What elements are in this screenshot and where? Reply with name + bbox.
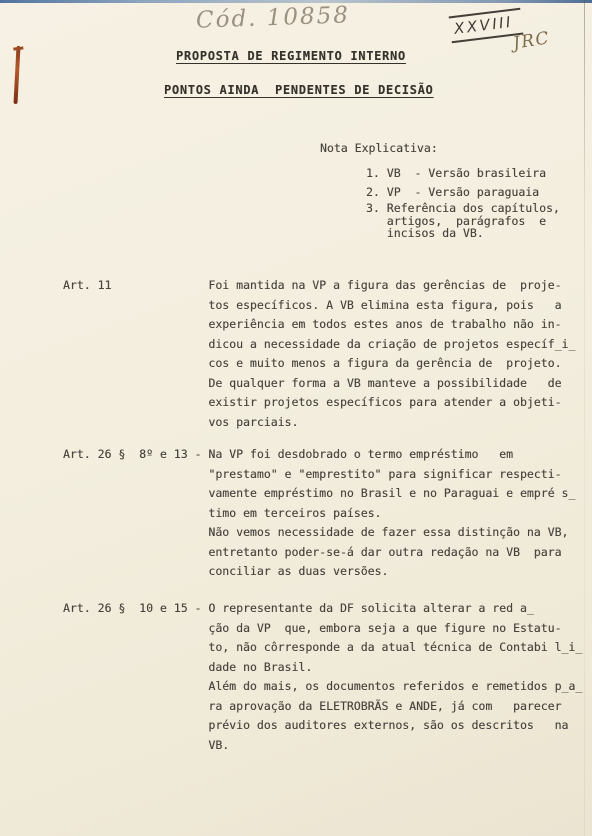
note-list-item-vp: 2. VP - Versão paraguaia	[366, 183, 539, 203]
page-right-crease	[584, 0, 585, 836]
explanatory-note-heading: Nota Explicativa:	[320, 139, 438, 159]
note-list-item-vb: 1. VB - Versão brasileira	[366, 164, 546, 184]
document-subtitle: PONTOS AINDA PENDENTES DE DECISÃO	[164, 81, 433, 101]
article-11-paragraph: Art. 11 Foi mantida na VP a figura das g…	[63, 276, 575, 432]
handwritten-code-annotation: Cód. 10858	[196, 2, 351, 33]
document-title: PROPOSTA DE REGIMENTO INTERNO	[176, 47, 406, 67]
article-26-par-10-15-paragraph: Art. 26 § 10 e 15 - O representante da D…	[63, 599, 582, 755]
scanned-document-page: Cód. 10858 XXVIII JRC PROPOSTA DE REGIME…	[0, 0, 592, 836]
scan-top-edge	[0, 0, 592, 3]
article-26-par-8-13-paragraph: Art. 26 § 8º e 13 - Na VP foi desdobrado…	[63, 445, 575, 582]
handwritten-initials: JRC	[512, 28, 552, 54]
rusty-staple-mark	[13, 46, 20, 104]
note-list-item-referencia: 3. Referência dos capítulos, artigos, pa…	[366, 202, 560, 240]
